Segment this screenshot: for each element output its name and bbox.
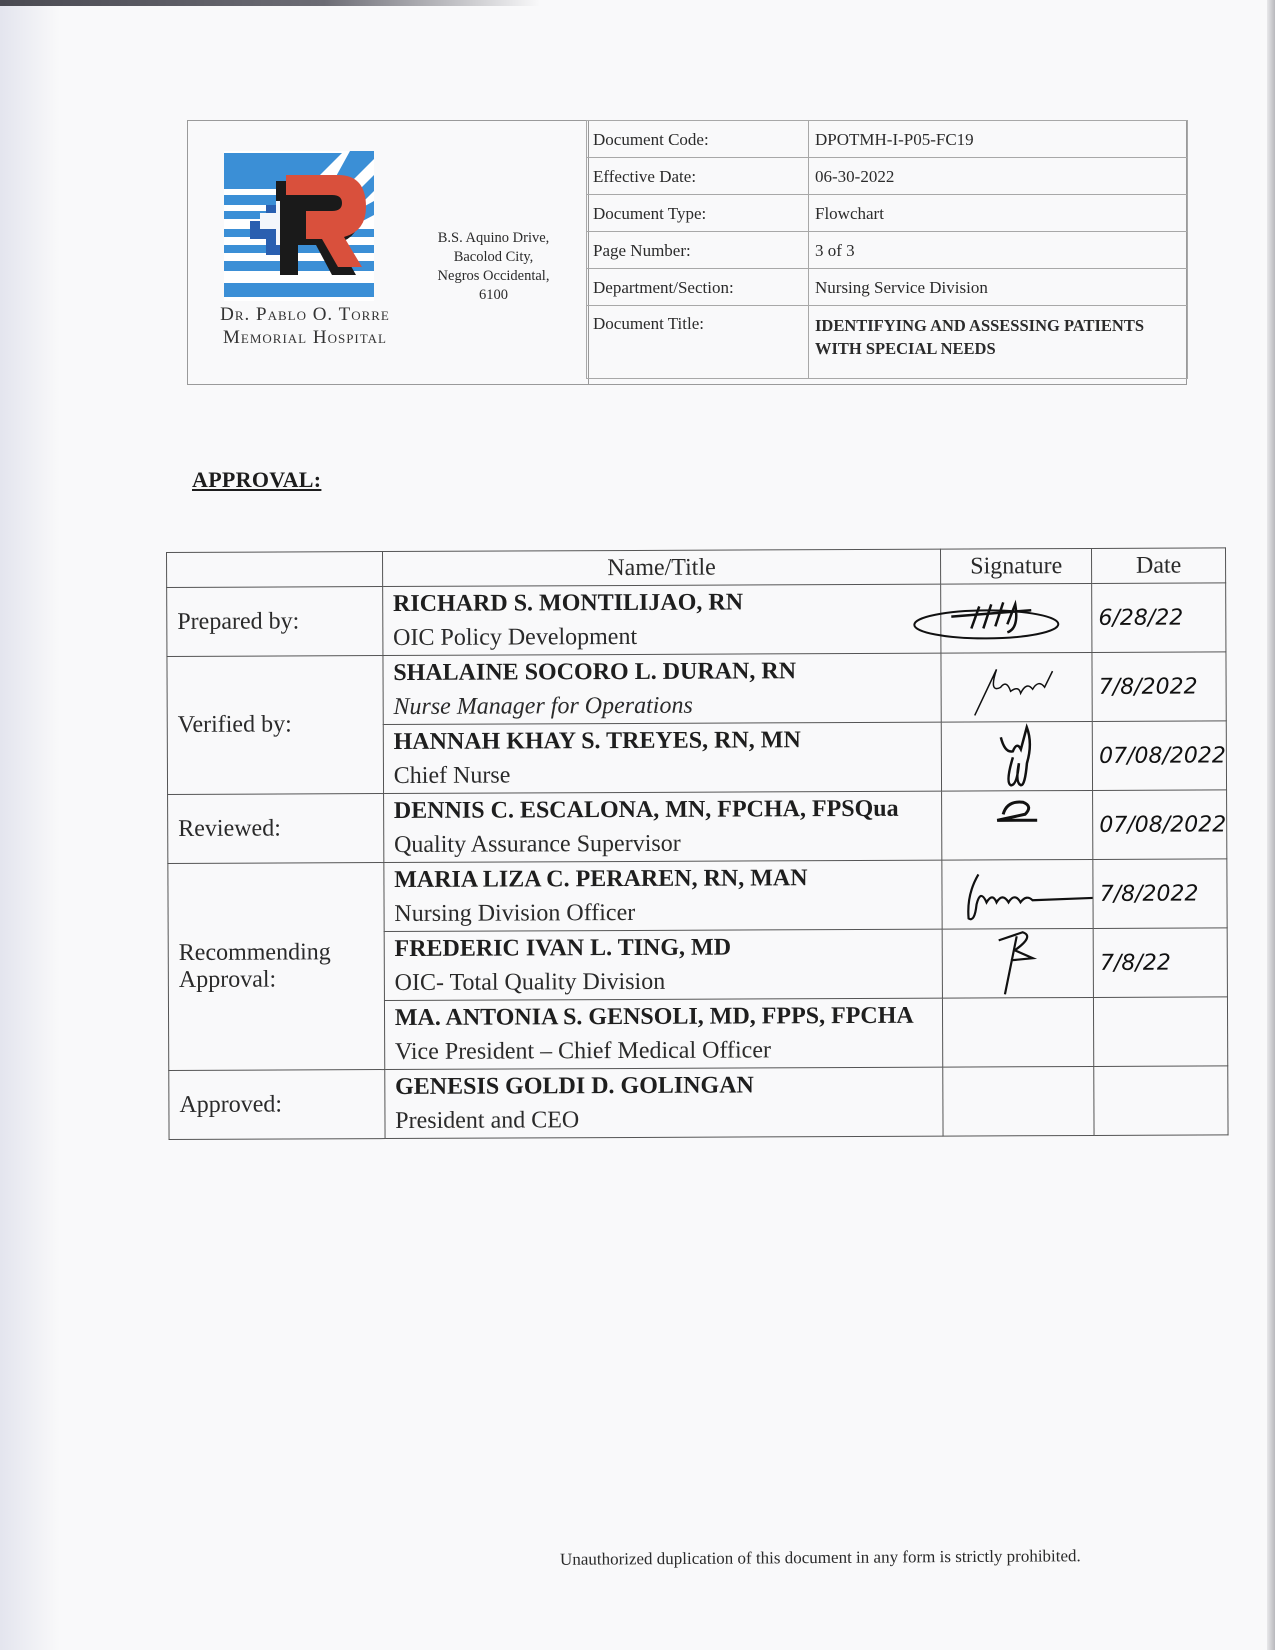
signatory-name: MARIA LIZA C. PERAREN, RN, MAN <box>394 861 942 897</box>
document-title: IDENTIFYING AND ASSESSING PATIENTS WITH … <box>809 306 1188 379</box>
address-line: Bacolod City, <box>416 248 571 267</box>
col-date: Date <box>1092 548 1226 584</box>
signature-cell <box>942 790 1093 860</box>
meta-label: Department/Section: <box>587 269 809 306</box>
signature-cell <box>943 1066 1094 1136</box>
signature-icon <box>983 926 1053 996</box>
signature-icon <box>987 723 1047 789</box>
signed-date: 07/08/2022 <box>1092 721 1226 791</box>
signatory-name: SHALAINE SOCORO L. DURAN, RN <box>393 654 941 690</box>
signatory-name: FREDERIC IVAN L. TING, MD <box>394 930 942 966</box>
meta-label: Document Type: <box>587 195 809 232</box>
meta-label: Document Code: <box>587 121 809 158</box>
signature-icon <box>911 588 1061 649</box>
approval-row: Verified by: SHALAINE SOCORO L. DURAN, R… <box>167 652 1226 726</box>
hospital-branding: Dr. Pablo O. Torre Memorial Hospital B.S… <box>188 121 589 384</box>
signatory-title: OIC Policy Development <box>393 619 941 655</box>
signature-cell <box>941 721 1092 791</box>
role-label-line: Approval: <box>179 966 384 994</box>
document-header: Dr. Pablo O. Torre Memorial Hospital B.S… <box>187 120 1187 385</box>
approval-header-row: Name/Title Signature Date <box>167 548 1226 588</box>
signatory: RICHARD S. MONTILIJAO, RN OIC Policy Dev… <box>382 584 941 655</box>
col-name-title: Name/Title <box>382 549 941 586</box>
signed-date <box>1094 997 1228 1067</box>
page-number: 3 of 3 <box>809 232 1188 269</box>
meta-row-department: Department/Section: Nursing Service Divi… <box>587 269 1188 306</box>
col-signature: Signature <box>941 548 1092 584</box>
document-code: DPOTMH-I-P05-FC19 <box>809 121 1188 158</box>
date-text: 7/8/2022 <box>1093 674 1226 700</box>
signatory-title: Nurse Manager for Operations <box>393 688 941 724</box>
signatory: MARIA LIZA C. PERAREN, RN, MAN Nursing D… <box>384 860 943 931</box>
approval-heading: APPROVAL: <box>192 467 321 493</box>
col-role <box>167 552 383 588</box>
meta-label: Effective Date: <box>587 158 809 195</box>
date-text: 07/08/2022 <box>1093 743 1226 769</box>
department: Nursing Service Division <box>809 269 1188 306</box>
hospital-logo-icon <box>224 151 374 301</box>
signed-date: 7/8/2022 <box>1092 652 1226 722</box>
signature-cell <box>941 652 1092 722</box>
role-label: Prepared by: <box>167 587 383 657</box>
date-text: 7/8/22 <box>1094 950 1227 976</box>
meta-row-code: Document Code: DPOTMH-I-P05-FC19 <box>587 121 1188 158</box>
signature-cell <box>941 583 1092 653</box>
signatory: GENESIS GOLDI D. GOLINGAN President and … <box>385 1067 944 1138</box>
date-text: 6/28/22 <box>1092 605 1225 631</box>
approval-row: Reviewed: DENNIS C. ESCALONA, MN, FPCHA,… <box>168 790 1227 864</box>
approval-row: Prepared by: RICHARD S. MONTILIJAO, RN O… <box>167 583 1226 657</box>
signature-icon <box>953 864 1093 925</box>
role-label: Recommending Approval: <box>168 863 385 1071</box>
signatory: DENNIS C. ESCALONA, MN, FPCHA, FPSQua Qu… <box>383 791 942 862</box>
signatory-title: Vice President – Chief Medical Officer <box>395 1033 943 1069</box>
signatory: HANNAH KHAY S. TREYES, RN, MN Chief Nurs… <box>383 722 942 793</box>
role-label-line: Recommending <box>179 939 384 967</box>
signed-date: 7/8/2022 <box>1093 859 1227 929</box>
signatory: MA. ANTONIA S. GENSOLI, MD, FPPS, FPCHA … <box>384 998 943 1069</box>
meta-row-page: Page Number: 3 of 3 <box>587 232 1188 269</box>
role-label: Approved: <box>169 1070 385 1140</box>
signatory-title: OIC- Total Quality Division <box>395 964 943 1000</box>
signed-date: 6/28/22 <box>1092 583 1226 653</box>
meta-row-title: Document Title: IDENTIFYING AND ASSESSIN… <box>587 306 1188 379</box>
approval-row: Recommending Approval: MARIA LIZA C. PER… <box>168 859 1227 933</box>
approval-table: Name/Title Signature Date Prepared by: R… <box>166 547 1229 1140</box>
scan-edge <box>0 0 540 6</box>
signatory-title: President and CEO <box>395 1102 943 1138</box>
signature-cell <box>942 859 1093 929</box>
role-label: Reviewed: <box>168 794 384 864</box>
signatory-title: Nursing Division Officer <box>394 895 942 931</box>
signatory-name: GENESIS GOLDI D. GOLINGAN <box>395 1068 943 1104</box>
meta-label: Document Title: <box>587 306 809 379</box>
signatory-name: DENNIS C. ESCALONA, MN, FPCHA, FPSQua <box>394 792 942 828</box>
hospital-address: B.S. Aquino Drive, Bacolod City, Negros … <box>416 229 571 305</box>
signature-icon <box>967 657 1067 717</box>
scan-shadow <box>0 0 60 1650</box>
approval-row: Approved: GENESIS GOLDI D. GOLINGAN Pres… <box>169 1066 1228 1140</box>
footer-notice: Unauthorized duplication of this documen… <box>560 1546 1081 1570</box>
date-text: 07/08/2022 <box>1093 812 1226 838</box>
meta-row-type: Document Type: Flowchart <box>587 195 1188 232</box>
signatory-title: Quality Assurance Supervisor <box>394 826 942 862</box>
signature-cell <box>942 928 1093 998</box>
role-label: Verified by: <box>167 656 383 795</box>
address-line: Negros Occidental, <box>416 267 571 286</box>
scan-edge <box>1267 0 1275 1650</box>
signed-date: 7/8/22 <box>1093 928 1227 998</box>
address-line: B.S. Aquino Drive, <box>416 229 571 248</box>
signature-cell <box>943 997 1094 1067</box>
signatory-name: HANNAH KHAY S. TREYES, RN, MN <box>394 723 942 759</box>
signatory: SHALAINE SOCORO L. DURAN, RN Nurse Manag… <box>383 653 942 724</box>
signature-icon <box>987 794 1047 834</box>
date-text <box>1095 1100 1228 1101</box>
meta-row-effective-date: Effective Date: 06-30-2022 <box>587 158 1188 195</box>
signatory: FREDERIC IVAN L. TING, MD OIC- Total Qua… <box>384 929 943 1000</box>
signatory-name: MA. ANTONIA S. GENSOLI, MD, FPPS, FPCHA <box>395 999 943 1035</box>
address-line: 6100 <box>416 286 571 305</box>
signatory-name: RICHARD S. MONTILIJAO, RN <box>393 585 941 621</box>
hospital-name: Dr. Pablo O. Torre Memorial Hospital <box>200 303 410 349</box>
date-text: 7/8/2022 <box>1094 881 1227 907</box>
signed-date: 07/08/2022 <box>1093 790 1227 860</box>
hospital-name-line2: Memorial Hospital <box>200 326 410 349</box>
hospital-name-line1: Dr. Pablo O. Torre <box>200 303 410 326</box>
document-type: Flowchart <box>809 195 1188 232</box>
date-text <box>1094 1031 1227 1032</box>
signed-date <box>1094 1066 1228 1136</box>
signatory-title: Chief Nurse <box>394 757 942 793</box>
effective-date: 06-30-2022 <box>809 158 1188 195</box>
document-meta-table: Document Code: DPOTMH-I-P05-FC19 Effecti… <box>586 120 1188 379</box>
meta-label: Page Number: <box>587 232 809 269</box>
